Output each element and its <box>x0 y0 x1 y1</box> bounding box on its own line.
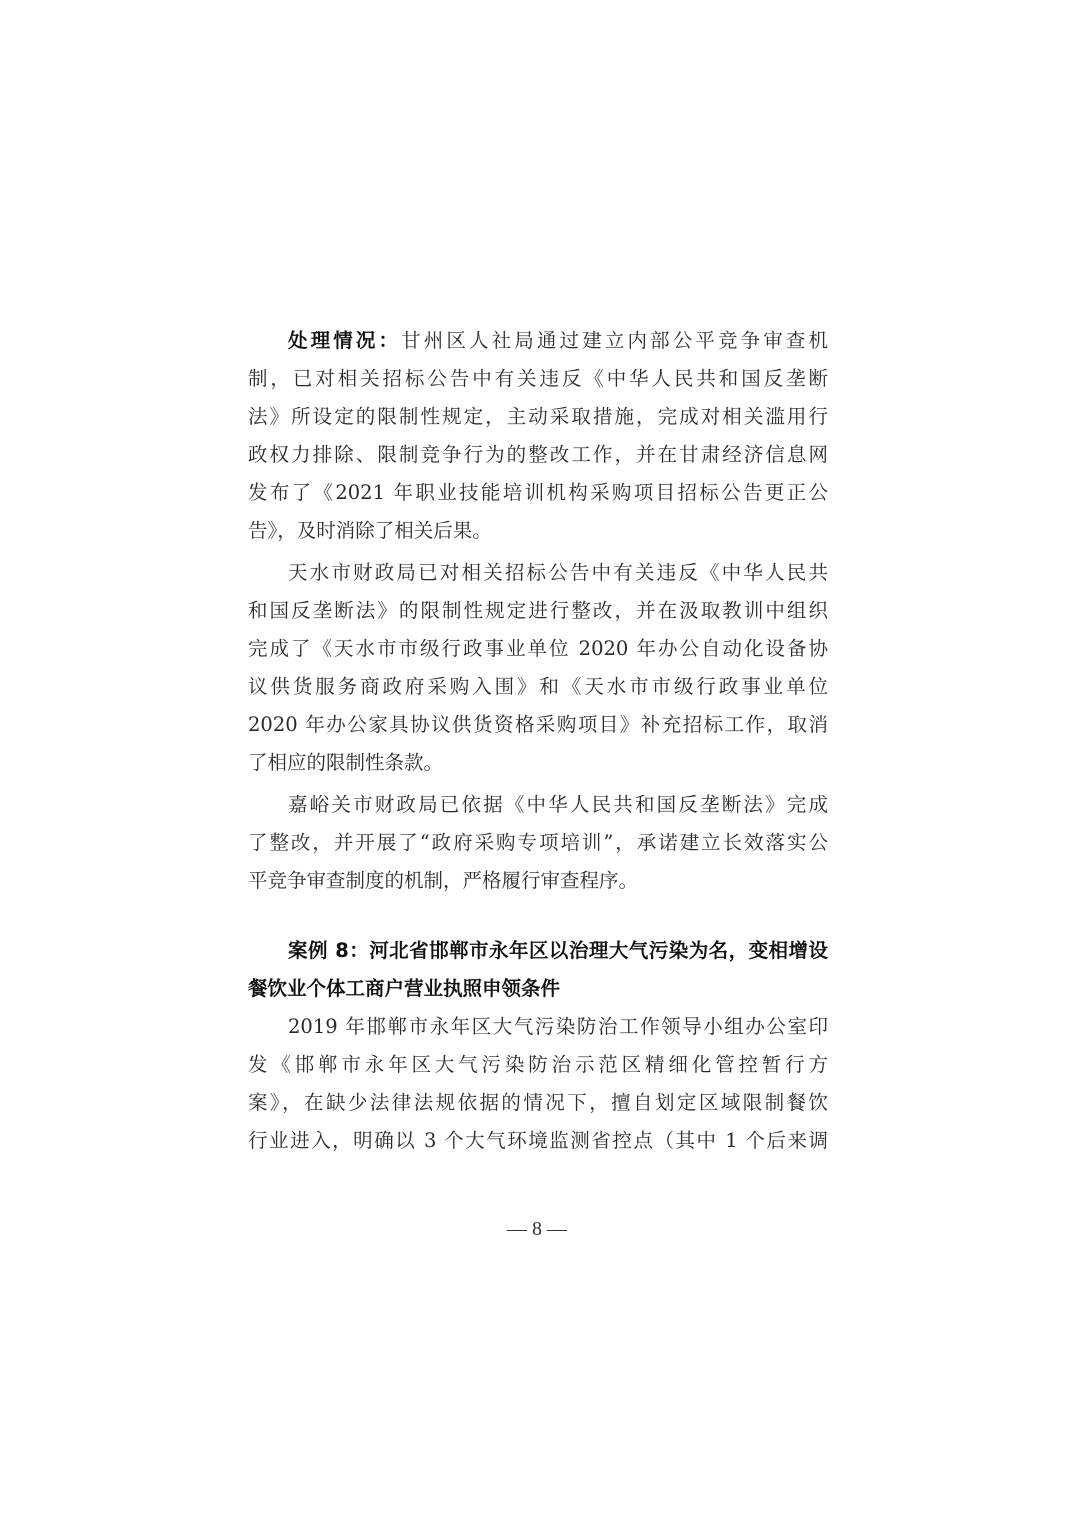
text-line: 完成了《天水市市级行政事业单位 2020 年办公自动化设备协 <box>248 630 828 668</box>
text-line: 了相应的限制性条款。 <box>248 744 828 782</box>
text-line: 制，已对相关招标公告中有关违反《中华人民共和国反垄断 <box>248 360 828 398</box>
document-body: 处理情况：甘州区人社局通过建立内部公平竞争审查机 制，已对相关招标公告中有关违反… <box>248 322 828 1160</box>
heading-line: 餐饮业个体工商户营业执照申领条件 <box>248 970 828 1008</box>
text-line: 行业进入，明确以 3 个大气环境监测省控点（其中 1 个后来调 <box>248 1122 828 1160</box>
tianshui-paragraph: 天水市财政局已对相关招标公告中有关违反《中华人民共 和国反垄断法》的限制性规定进… <box>248 554 828 782</box>
text-line: 2020 年办公家具协议供货资格采购项目》补充招标工作，取消 <box>248 706 828 744</box>
text-line: 天水市财政局已对相关招标公告中有关违反《中华人民共 <box>248 554 828 592</box>
case-8-heading: 案例 8：河北省邯郸市永年区以治理大气污染为名，变相增设 餐饮业个体工商户营业执… <box>248 932 828 1008</box>
text-line: 处理情况：甘州区人社局通过建立内部公平竞争审查机 <box>248 322 828 360</box>
document-page: 处理情况：甘州区人社局通过建立内部公平竞争审查机 制，已对相关招标公告中有关违反… <box>0 0 1074 1520</box>
text-line: 和国反垄断法》的限制性规定进行整改，并在汲取教训中组织 <box>248 592 828 630</box>
text-line: 告》，及时消除了相关后果。 <box>248 512 828 550</box>
text-line: 政权力排除、限制竞争行为的整改工作，并在甘肃经济信息网 <box>248 436 828 474</box>
text-line: 了整改，并开展了“政府采购专项培训”，承诺建立长效落实公 <box>248 824 828 862</box>
case-8-body: 2019 年邯郸市永年区大气污染防治工作领导小组办公室印 发《邯郸市永年区大气污… <box>248 1008 828 1160</box>
processing-section: 处理情况：甘州区人社局通过建立内部公平竞争审查机 制，已对相关招标公告中有关违反… <box>248 322 828 550</box>
text-line: 法》所设定的限制性规定，主动采取措施，完成对相关滥用行 <box>248 398 828 436</box>
text-line: 发《邯郸市永年区大气污染防治示范区精细化管控暂行方 <box>248 1046 828 1084</box>
jiayuguan-paragraph: 嘉峪关市财政局已依据《中华人民共和国反垄断法》完成 了整改，并开展了“政府采购专… <box>248 786 828 900</box>
text-line: 议供货服务商政府采购入围》和《天水市市级行政事业单位 <box>248 668 828 706</box>
page-number: — 8 — <box>0 1218 1074 1241</box>
text-line: 平竞争审查制度的机制，严格履行审查程序。 <box>248 862 828 900</box>
processing-lead-label: 处理情况： <box>288 329 401 352</box>
text-line: 2019 年邯郸市永年区大气污染防治工作领导小组办公室印 <box>248 1008 828 1046</box>
text-line: 发布了《2021 年职业技能培训机构采购项目招标公告更正公 <box>248 474 828 512</box>
text-line: 案》，在缺少法律法规依据的情况下，擅自划定区域限制餐饮 <box>248 1084 828 1122</box>
heading-line: 案例 8：河北省邯郸市永年区以治理大气污染为名，变相增设 <box>248 932 828 970</box>
text-line: 嘉峪关市财政局已依据《中华人民共和国反垄断法》完成 <box>248 786 828 824</box>
